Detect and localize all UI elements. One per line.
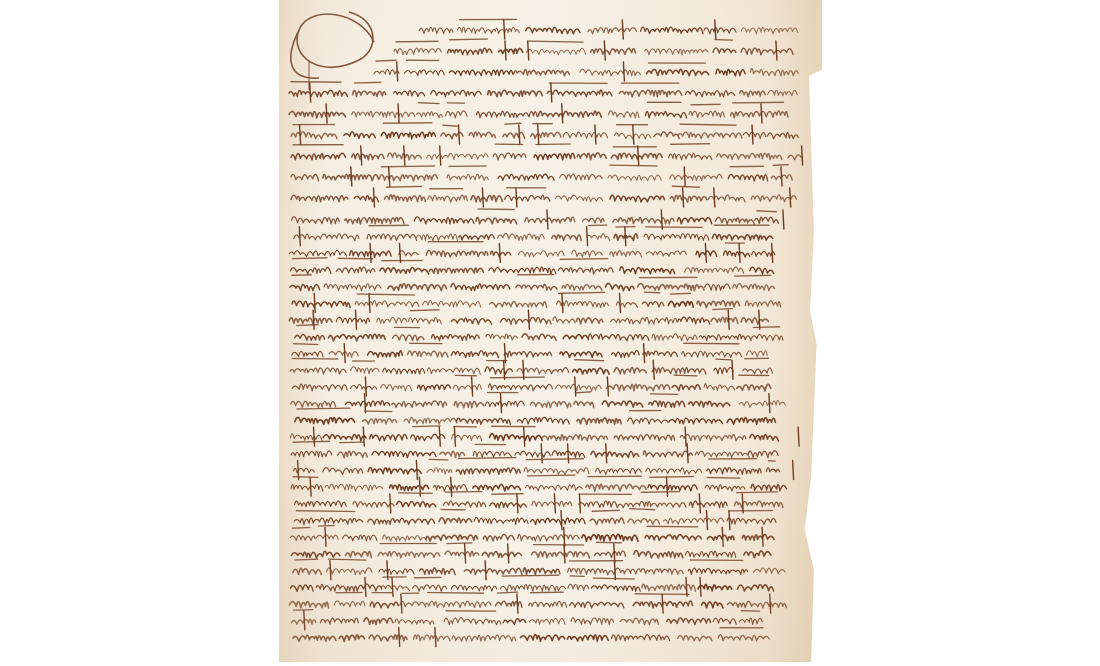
script-lines [289, 19, 803, 646]
decorative-initial-capital [291, 12, 374, 90]
manuscript-page [279, 0, 822, 662]
handwritten-text [279, 0, 822, 662]
